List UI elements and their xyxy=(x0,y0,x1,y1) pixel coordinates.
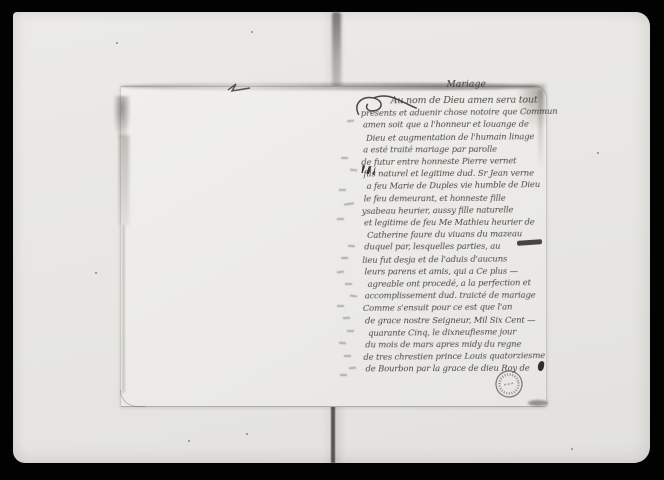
bleed-mark xyxy=(347,330,354,332)
sheet-bottom-edge-blob xyxy=(528,400,548,406)
handwriting-line: a feu Marie de Duples vie humble de Dieu xyxy=(355,179,552,193)
manuscript-lines: Au nom de Dieu amen sera tout presents e… xyxy=(351,94,554,377)
torn-edge-streak xyxy=(122,225,125,393)
archive-stamp-icon xyxy=(490,365,527,402)
bleed-mark xyxy=(344,355,351,357)
handwriting-line: Comme s'ensuit pour ce est que l'an xyxy=(351,301,553,315)
dust-speck xyxy=(571,448,573,450)
ink-double-stroke-mark xyxy=(362,165,376,175)
manuscript-text-block: Mariage Au nom de Dieu amen sera tout pr… xyxy=(350,78,553,377)
binding-fold-top xyxy=(332,12,341,90)
bleed-mark xyxy=(337,218,344,220)
dust-speck xyxy=(188,440,190,442)
bleed-mark xyxy=(339,189,346,191)
ink-flourish-mark xyxy=(226,82,252,94)
binding-fold-bottom xyxy=(331,398,335,463)
bleed-mark xyxy=(341,157,348,159)
manuscript-heading: Mariage xyxy=(446,78,550,92)
dust-speck xyxy=(251,31,253,33)
dust-speck xyxy=(95,272,97,274)
dust-speck xyxy=(597,152,599,154)
bleed-mark xyxy=(337,305,344,307)
dust-speck xyxy=(246,433,248,435)
dust-speck xyxy=(116,42,118,44)
bleed-mark xyxy=(345,283,352,285)
torn-edge-blob xyxy=(114,96,130,138)
handwriting-line: Dieu et augmentation de l'humain linage xyxy=(354,131,551,145)
torn-edge-blob xyxy=(119,135,129,225)
scan-frame: Mariage Au nom de Dieu amen sera tout pr… xyxy=(0,0,664,480)
bleed-mark xyxy=(341,257,348,259)
bleed-mark xyxy=(340,374,347,376)
bleed-mark xyxy=(348,245,355,247)
